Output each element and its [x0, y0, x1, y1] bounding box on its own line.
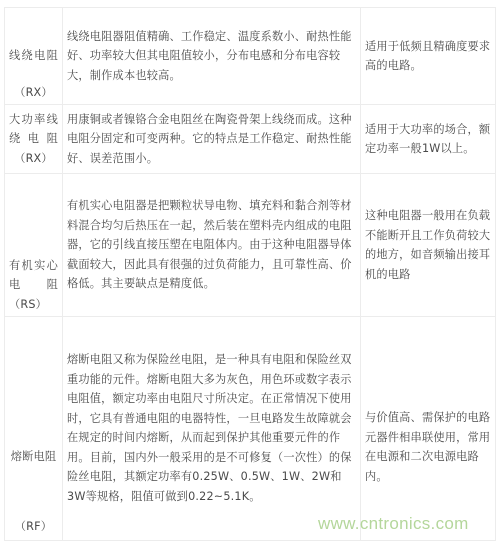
application-cell: 这种电阻器一般用在负载不能断开且工作负荷较大的地方，如音频输出接耳机的电路	[361, 174, 496, 317]
resistor-abbr: （RF）	[9, 517, 58, 537]
resistor-name: 线绕电阻	[9, 46, 58, 66]
resistor-name-cell: 熔断电阻 （RF）	[5, 317, 63, 541]
application-cell: 适用于大功率的场合，额定功率一般1W以上。	[361, 105, 496, 174]
description-cell: 熔断电阻又称为保险丝电阻，是一种具有电阻和保险丝双重功能的元件。熔断电阻大多为灰…	[63, 317, 361, 541]
resistor-name-cell: 大功率线绕电阻 （RX）	[5, 105, 63, 174]
description-cell: 线绕电阻器阻值精确、工作稳定、温度系数小、耐热性能好、功率较大但其电阻值较小，分…	[63, 8, 361, 105]
application-cell: 与价值高、需保护的电路元器件相串联使用，常用在电源和二次电源电路内。	[361, 317, 496, 541]
table-row-wirewound: 线绕电阻 （RX） 线绕电阻器阻值精确、工作稳定、温度系数小、耐热性能好、功率较…	[5, 8, 496, 105]
resistor-name-cell: 线绕电阻 （RX）	[5, 8, 63, 105]
resistor-types-table: 线绕电阻 （RX） 线绕电阻器阻值精确、工作稳定、温度系数小、耐热性能好、功率较…	[4, 7, 496, 541]
table-row-fusible: 熔断电阻 （RF） 熔断电阻又称为保险丝电阻，是一种具有电阻和保险丝双重功能的元…	[5, 317, 496, 541]
resistor-name: 大功率线绕电阻	[9, 110, 58, 149]
description-cell: 用康铜或者镍铬合金电阻丝在陶瓷骨架上线绕而成。这种电阻分固定和可变两种。它的特点…	[63, 105, 361, 174]
watermark: www.cntronics.com	[318, 514, 469, 534]
resistor-name: 有机实心电阻	[9, 256, 58, 295]
table-row-high-power-wirewound: 大功率线绕电阻 （RX） 用康铜或者镍铬合金电阻丝在陶瓷骨架上线绕而成。这种电阻…	[5, 105, 496, 174]
resistor-name-cell: 有机实心电阻 （RS）	[5, 174, 63, 317]
description-cell: 有机实心电阻器是把颗粒状导电物、填充料和黏合剂等材料混合均匀后热压在一起，然后装…	[63, 174, 361, 317]
resistor-name: 熔断电阻	[9, 447, 58, 467]
application-cell: 适用于低频且精确度要求高的电路。	[361, 8, 496, 105]
resistor-abbr: （RX）	[9, 83, 58, 103]
resistor-abbr: （RS）	[9, 295, 58, 315]
resistor-abbr: （RX）	[9, 149, 58, 169]
table-row-organic-solid: 有机实心电阻 （RS） 有机实心电阻器是把颗粒状导电物、填充料和黏合剂等材料混合…	[5, 174, 496, 317]
